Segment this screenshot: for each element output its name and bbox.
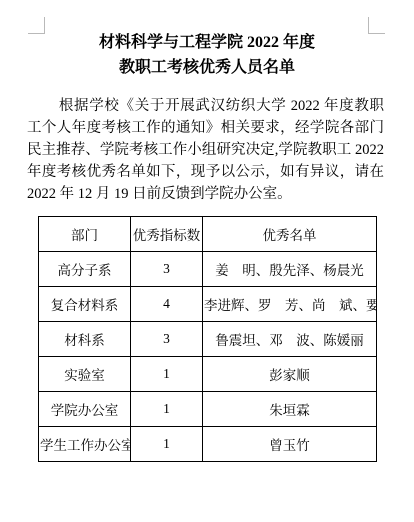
cell-quota: 1	[131, 392, 203, 427]
cell-names: 朱垣霖	[203, 392, 377, 427]
header-dept: 部门	[39, 217, 131, 252]
cell-dept: 学院办公室	[39, 392, 131, 427]
cell-names: 姜 明、殷先泽、杨晨光	[203, 252, 377, 287]
table-header-row: 部门 优秀指标数 优秀名单	[39, 217, 377, 252]
header-quota: 优秀指标数	[131, 217, 203, 252]
table-row: 复合材料系 4 李进辉、罗 芳、尚 斌、要迎宾	[39, 287, 377, 322]
cell-dept: 复合材料系	[39, 287, 131, 322]
cell-names: 曾玉竹	[203, 427, 377, 462]
table-row: 学生工作办公室 1 曾玉竹	[39, 427, 377, 462]
table-row: 材科系 3 鲁震坦、邓 波、陈媛丽	[39, 322, 377, 357]
cell-names: 彭家顺	[203, 357, 377, 392]
table-row: 高分子系 3 姜 明、殷先泽、杨晨光	[39, 252, 377, 287]
cell-quota: 3	[131, 252, 203, 287]
table-row: 实验室 1 彭家顺	[39, 357, 377, 392]
cell-dept: 实验室	[39, 357, 131, 392]
document-title-line1: 材料科学与工程学院 2022 年度	[0, 30, 414, 55]
cell-quota: 4	[131, 287, 203, 322]
document-title: 材料科学与工程学院 2022 年度 教职工考核优秀人员名单	[0, 30, 414, 80]
cell-names: 鲁震坦、邓 波、陈媛丽	[203, 322, 377, 357]
document-page: 材料科学与工程学院 2022 年度 教职工考核优秀人员名单 根据学校《关于开展武…	[0, 0, 414, 522]
cell-names: 李进辉、罗 芳、尚 斌、要迎宾	[203, 287, 377, 322]
cell-dept: 高分子系	[39, 252, 131, 287]
cell-dept: 学生工作办公室	[39, 427, 131, 462]
document-title-line2: 教职工考核优秀人员名单	[0, 55, 414, 80]
table-row: 学院办公室 1 朱垣霖	[39, 392, 377, 427]
header-names: 优秀名单	[203, 217, 377, 252]
cell-dept: 材科系	[39, 322, 131, 357]
cell-quota: 1	[131, 427, 203, 462]
notice-paragraph: 根据学校《关于开展武汉纺织大学 2022 年度教职工个人年度考核工作的通知》相关…	[27, 95, 384, 205]
cell-quota: 1	[131, 357, 203, 392]
cell-quota: 3	[131, 322, 203, 357]
award-table: 部门 优秀指标数 优秀名单 高分子系 3 姜 明、殷先泽、杨晨光 复合材料系 4…	[38, 216, 377, 462]
